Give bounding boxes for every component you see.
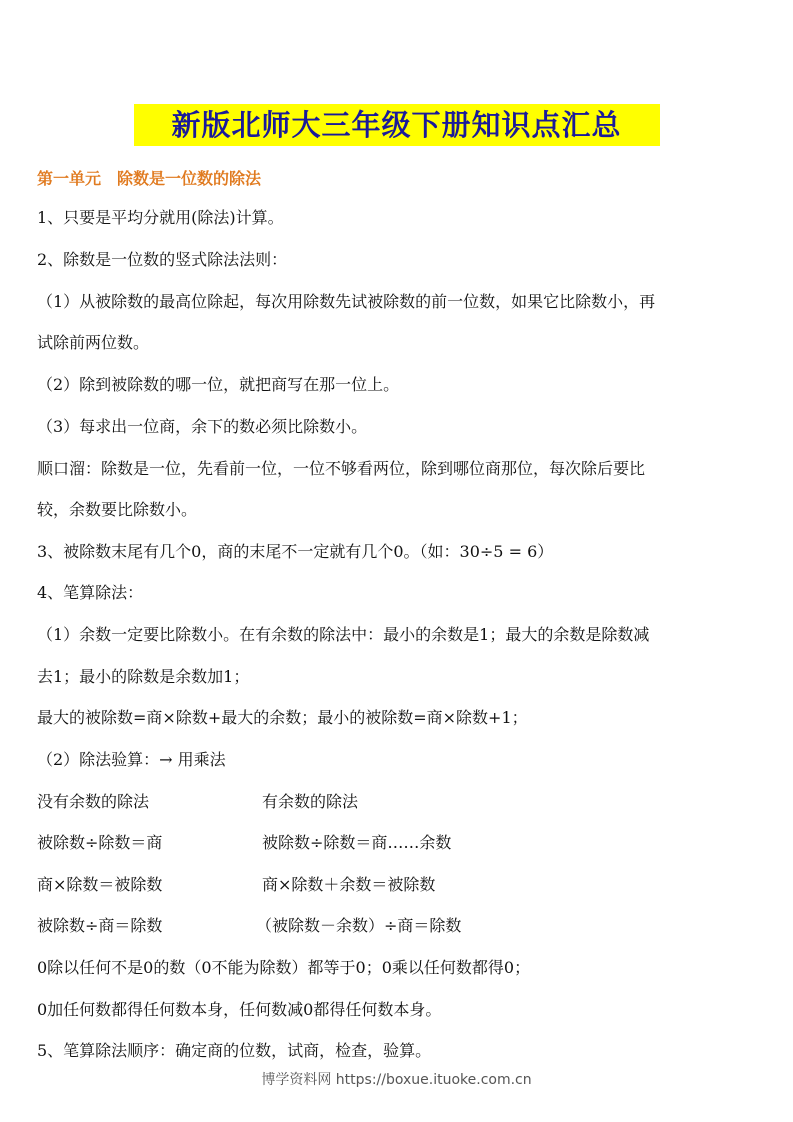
body-line: 0除以任何不是0的数（0不能为除数）都等于0；0乘以任何数都得0； bbox=[37, 957, 530, 979]
body-line: （1）从被除数的最高位除起，每次用除数先试被除数的前一位数，如果它比除数小，再 bbox=[37, 291, 655, 313]
body-line: 1、只要是平均分就用(除法)计算。 bbox=[37, 207, 284, 229]
body-line: 试除前两位数。 bbox=[37, 332, 149, 354]
document-title: 新版北师大三年级下册知识点汇总 bbox=[134, 104, 660, 146]
title-container: 新版北师大三年级下册知识点汇总 bbox=[0, 104, 793, 146]
document-page: 新版北师大三年级下册知识点汇总 第一单元 除数是一位数的除法 1、只要是平均分就… bbox=[0, 0, 793, 1122]
body-line: （2）除到被除数的哪一位，就把商写在那一位上。 bbox=[37, 374, 399, 396]
check-table-cell: 被除数÷商＝除数 bbox=[37, 915, 162, 937]
body-line: 3、被除数末尾有几个0，商的末尾不一定就有几个0。（如：30÷5 = 6） bbox=[37, 541, 553, 563]
body-line: 5、笔算除法顺序：确定商的位数，试商，检查，验算。 bbox=[37, 1040, 431, 1062]
check-table-cell: 被除数÷除数＝商……余数 bbox=[262, 832, 451, 854]
check-table-cell: （被除数－余数）÷商＝除数 bbox=[256, 915, 461, 937]
body-line: （2）除法验算：→ 用乘法 bbox=[37, 749, 226, 771]
footer-watermark: 博学资料网 https://boxue.ituoke.com.cn bbox=[0, 1069, 793, 1089]
body-line: 0加任何数都得任何数本身，任何数减0都得任何数本身。 bbox=[37, 999, 441, 1021]
check-table-cell: 商×除数＝被除数 bbox=[37, 874, 162, 896]
check-table-header-right: 有余数的除法 bbox=[262, 791, 358, 813]
check-table-header-left: 没有余数的除法 bbox=[37, 791, 149, 813]
body-line: 4、笔算除法： bbox=[37, 582, 143, 604]
body-line: 2、除数是一位数的竖式除法法则： bbox=[37, 249, 287, 271]
body-line: （3）每求出一位商，余下的数必须比除数小。 bbox=[37, 416, 367, 438]
body-line: 去1；最小的除数是余数加1； bbox=[37, 666, 249, 688]
body-line: 较，余数要比除数小。 bbox=[37, 499, 197, 521]
body-line: 顺口溜：除数是一位，先看前一位，一位不够看两位，除到哪位商那位，每次除后要比 bbox=[37, 458, 645, 480]
body-line: （1）余数一定要比除数小。在有余数的除法中：最小的余数是1；最大的余数是除数减 bbox=[37, 624, 649, 646]
body-line: 最大的被除数=商×除数+最大的余数；最小的被除数=商×除数+1； bbox=[37, 707, 528, 729]
unit-heading: 第一单元 除数是一位数的除法 bbox=[37, 166, 261, 189]
check-table-cell: 被除数÷除数＝商 bbox=[37, 832, 162, 854]
check-table-cell: 商×除数＋余数＝被除数 bbox=[262, 874, 435, 896]
